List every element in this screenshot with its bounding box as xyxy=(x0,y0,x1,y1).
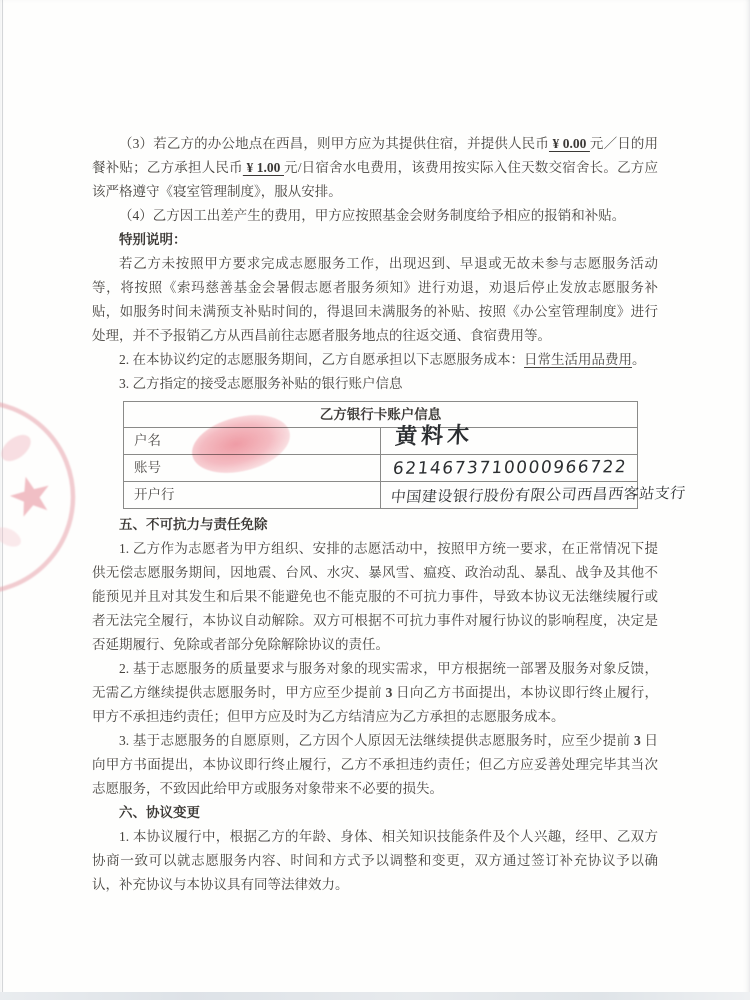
special-note-label: 特别说明： xyxy=(92,228,658,252)
section-5-paragraph-1: 1. 乙方作为志愿者为甲方组织、安排的志愿活动中，按照甲方统一要求，在正常情况下… xyxy=(92,537,658,657)
table-row: 开户行 中国建设银行股份有限公司西昌西客站支行 xyxy=(124,482,638,509)
bank-account-table: 乙方银行卡账户信息 户名 黄料木 账号 6214673710000966722 … xyxy=(123,401,638,509)
section-5-title: 五、不可抗力与责任免除 xyxy=(92,513,658,537)
account-name-label: 户名 xyxy=(124,428,381,455)
scan-edge-artifact xyxy=(2,0,3,1000)
handwritten-account-name: 黄料木 xyxy=(394,424,473,450)
item-2-paragraph: 2. 在本协议约定的志愿服务期间，乙方自愿承担以下志愿服务成本：日常生活用品费用… xyxy=(92,348,658,372)
table-row: 户名 黄料木 xyxy=(124,428,638,455)
handwritten-bank-branch: 中国建设银行股份有限公司西昌西客站支行 xyxy=(389,480,687,508)
bank-branch-label: 开户行 xyxy=(124,482,381,509)
clause-3-text: （3）若乙方的办公地点在西昌，则甲方应为其提供住宿，并提供人民币 xyxy=(119,136,549,151)
item-2-text: 2. 在本协议约定的志愿服务期间，乙方自愿承担以下志愿服务成本： xyxy=(119,352,524,367)
scan-edge-artifact xyxy=(0,992,750,1000)
notice-days-number: 3 xyxy=(382,685,396,700)
clause-4-paragraph: （4）乙方因工出差产生的费用，甲方应按照基金会财务制度给予相应的报销和补贴。 xyxy=(92,204,658,228)
seal-ring xyxy=(0,402,73,592)
section-5-paragraph-3: 3. 基于志愿服务的自愿原则，乙方因个人原因无法继续提供志愿服务时，应至少提前 … xyxy=(92,729,658,801)
meal-subsidy-amount: ¥ 0.00 xyxy=(549,136,590,151)
agreement-body-text: （3）若乙方的办公地点在西昌，则甲方应为其提供住宿，并提供人民币 ¥ 0.00 … xyxy=(92,0,658,897)
account-name-cell: 黄料木 xyxy=(381,428,638,455)
special-note-paragraph: 若乙方未按照甲方要求完成志愿服务工作，出现迟到、早退或无故未参与志愿服务活动等，… xyxy=(92,252,658,348)
item-2-text: 。 xyxy=(632,352,646,367)
seal-star-icon xyxy=(10,477,49,517)
scanned-document-page: （3）若乙方的办公地点在西昌，则甲方应为其提供住宿，并提供人民币 ¥ 0.00 … xyxy=(0,0,750,1000)
section-6-title: 六、协议变更 xyxy=(92,801,658,825)
account-number-label: 账号 xyxy=(124,455,381,482)
item-3-paragraph: 3. 乙方指定的接受志愿服务补贴的银行账户信息 xyxy=(92,372,658,396)
bank-branch-cell: 中国建设银行股份有限公司西昌西客站支行 xyxy=(381,482,638,509)
seal-text-smudge xyxy=(0,523,24,550)
section-6-paragraph-1: 1. 本协议履行中，根据乙方的年龄、身体、相关知识技能条件及个人兴趣，经甲、乙双… xyxy=(92,825,658,897)
account-number-cell: 6214673710000966722 xyxy=(381,455,638,482)
section-5-paragraph-2: 2. 基于志愿服务的质量要求与服务对象的现实需求，甲方根据统一部署及服务对象反馈… xyxy=(92,657,658,729)
seal-text-smudge xyxy=(0,430,36,467)
clause-3-paragraph: （3）若乙方的办公地点在西昌，则甲方应为其提供住宿，并提供人民币 ¥ 0.00 … xyxy=(92,132,658,204)
utility-fee-amount: ¥ 1.00 xyxy=(243,160,284,175)
service-cost-fill-in: 日常生活用品费用 xyxy=(524,352,632,367)
table-row: 账号 6214673710000966722 xyxy=(124,455,638,482)
table-header-row: 乙方银行卡账户信息 xyxy=(124,402,638,428)
notice-days-number: 3 xyxy=(630,733,644,748)
handwritten-account-number: 6214673710000966722 xyxy=(392,455,629,481)
bank-table-title: 乙方银行卡账户信息 xyxy=(124,402,638,428)
section-5-p3-text: 3. 基于志愿服务的自愿原则，乙方因个人原因无法继续提供志愿服务时，应至少提前 xyxy=(119,733,630,748)
